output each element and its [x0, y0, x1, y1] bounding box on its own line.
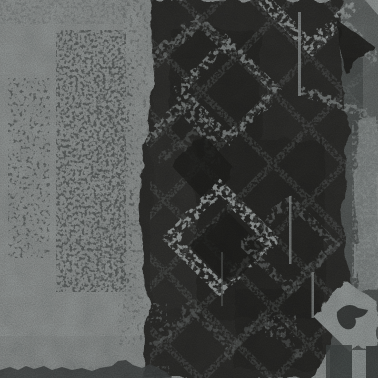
painting-canvas: [0, 0, 378, 378]
grain-overlay: [0, 0, 378, 378]
abstract-painting: [0, 0, 378, 378]
